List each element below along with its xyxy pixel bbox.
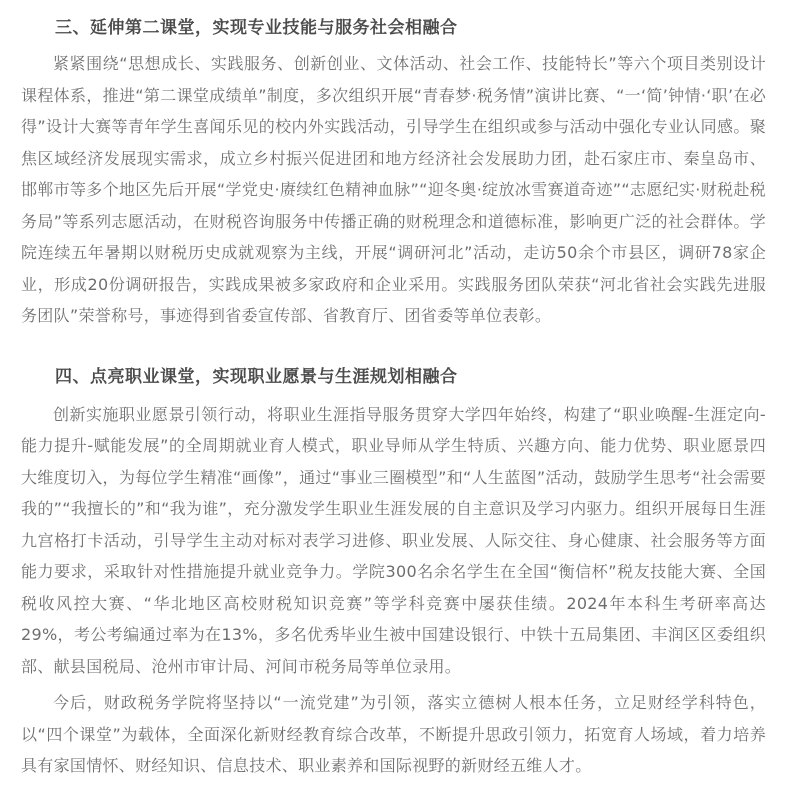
body-paragraph: 今后，财政税务学院将坚持以“一流党建”为引领，落实立德树人根本任务，立足财经学科… xyxy=(21,687,766,782)
body-paragraph: 紧紧围绕“思想成长、实践服务、创新创业、文体活动、社会工作、技能特长”等六个项目… xyxy=(21,48,766,332)
section-heading: 四、点亮职业课堂，实现职业愿景与生涯规划相融合 xyxy=(21,364,766,390)
section-heading: 三、延伸第二课堂，实现专业技能与服务社会相融合 xyxy=(21,15,766,41)
section-second-classroom: 三、延伸第二课堂，实现专业技能与服务社会相融合 紧紧围绕“思想成长、实践服务、创… xyxy=(21,15,766,332)
article-page: 三、延伸第二课堂，实现专业技能与服务社会相融合 紧紧围绕“思想成长、实践服务、创… xyxy=(0,0,787,802)
body-paragraph: 创新实施职业愿景引领行动，将职业生涯指导服务贯穿大学四年始终，构建了“职业唤醒-… xyxy=(21,399,766,683)
section-career-classroom: 四、点亮职业课堂，实现职业愿景与生涯规划相融合 创新实施职业愿景引领行动，将职业… xyxy=(21,364,766,782)
